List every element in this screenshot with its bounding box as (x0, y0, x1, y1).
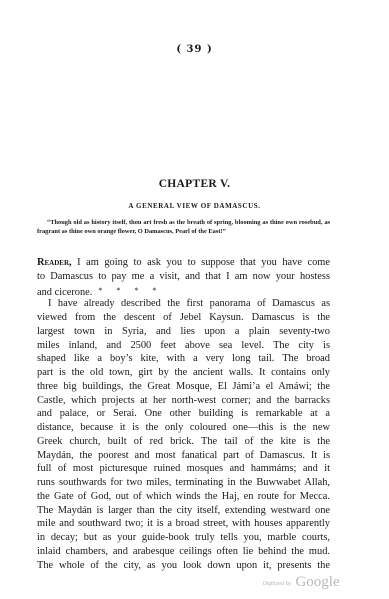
paragraph-line: in decay; but as your guide-book truly t… (37, 531, 330, 545)
paragraph-line: three big buildings, the Great Mosque, E… (37, 380, 330, 394)
paragraph-line: full of most picturesque ruined mosques … (37, 462, 330, 476)
paragraph-line: inlaid chambers, and arabesque ceilings … (37, 545, 330, 559)
paragraph-line: and palace, or Serai. One other building… (37, 407, 330, 421)
chapter-title: CHAPTER V. (0, 178, 389, 190)
paragraph-line: distance, because it is the only coloure… (37, 421, 330, 435)
paragraph-line: The whole of the city, as you look down … (37, 559, 330, 573)
paragraph-line: part is the old town, girt by the ancien… (37, 366, 330, 380)
paragraph-line: viewed from the descent of Jebel Kaysun.… (37, 311, 330, 325)
paragraph-line: Reader, I am going to ask you to suppose… (37, 256, 330, 270)
paragraph-line: Castle, which projects at her north-west… (37, 394, 330, 408)
page-number: ( 39 ) (0, 44, 389, 55)
google-logo: Google (295, 574, 339, 590)
paragraph-line: The Maydán is larger than the city itsel… (37, 504, 330, 518)
epigraph: “Though old as history itself, thou art … (37, 219, 330, 236)
paragraph-line: to Damascus to pay me a visit, and that … (37, 270, 330, 284)
paragraph-line: Greek church, built of red brick. The ta… (37, 435, 330, 449)
paragraph-line: the Gate of God, out of which winds the … (37, 490, 330, 504)
paragraph-line: runs southwards for two miles, terminati… (37, 476, 330, 490)
paragraph-line: largest town in Syria, and lies upon a p… (37, 325, 330, 339)
epigraph-text: “Though old as history itself, thou art … (37, 219, 330, 235)
paragraph-line: miles inland, and 2500 feet above sea le… (37, 339, 330, 353)
section-break-stars: * * * * (98, 286, 162, 295)
google-watermark: Digitized by Google (263, 573, 340, 591)
paragraph-lead-word: Reader, (37, 257, 72, 268)
paragraph-line: mile and southward two; it is a broad st… (37, 517, 330, 531)
paragraph-line: Maydán, the poorest and most fanatical p… (37, 449, 330, 463)
section-title: A GENERAL VIEW OF DAMASCUS. (0, 202, 389, 210)
body-text: Reader, I am going to ask you to suppose… (37, 256, 330, 572)
watermark-prefix: Digitized by (263, 581, 291, 587)
paragraph-line: shaped like a boy’s kite, with a very lo… (37, 352, 330, 366)
paragraph-line: and cicerone.* * * * (37, 284, 330, 298)
paragraph-line: I have already described the first panor… (37, 297, 330, 311)
